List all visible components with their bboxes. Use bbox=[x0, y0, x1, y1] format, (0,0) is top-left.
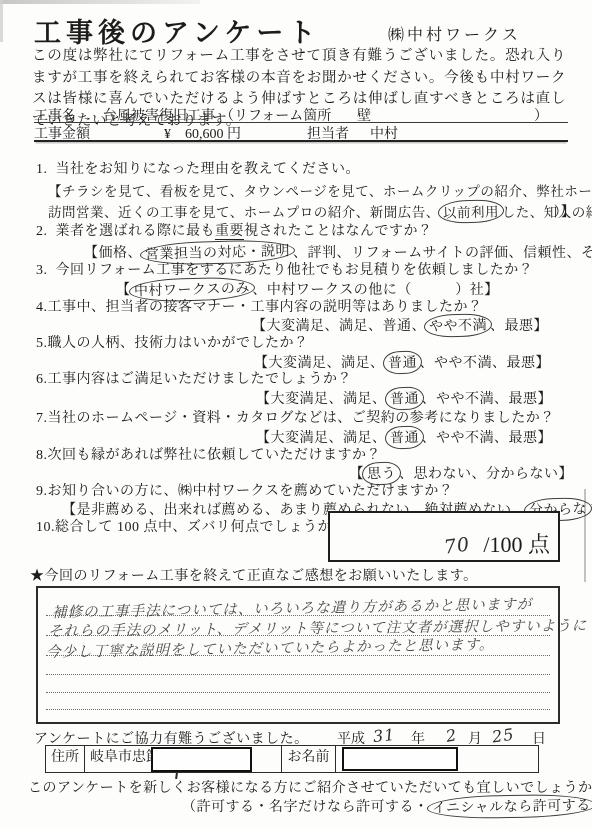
question-1-options-line1: 【チラシを見て、看板を見て、タウンページを見て、ホームクリップの紹介、弊社ホーム… bbox=[48, 180, 592, 200]
feedback-prompt: ★今回のリフォーム工事を終えて正直なご感想をお願いいたします。 bbox=[30, 565, 478, 585]
day-handwritten: 25 bbox=[491, 725, 516, 747]
company-name: ㈱中村ワークス bbox=[388, 22, 521, 45]
address-value: 岐阜市忠節 bbox=[90, 750, 160, 765]
month-handwritten: 2 bbox=[444, 725, 458, 746]
question-3-number: 3. bbox=[36, 263, 48, 278]
question-1: 1. 当社をお知りになった理由を教えてください。 bbox=[36, 158, 360, 178]
question-6-text: 工事内容はご満足いただけましたでしょうか？ bbox=[48, 372, 353, 387]
question-5: 5.職人の人柄、技術力はいかがでしたか？ bbox=[36, 332, 309, 352]
question-10-text: 総合して 100 点中、ズバリ何点でしょうか？ bbox=[55, 520, 347, 535]
question-8: 8.次回も縁があれば弊社に依頼していただけますか？ bbox=[36, 444, 381, 464]
manager-value: 中村 bbox=[370, 123, 398, 143]
score-box: 70 /100 点 bbox=[328, 511, 560, 562]
score-denominator: /100 点 bbox=[483, 528, 550, 559]
question-3: 3. 今回リフォーム工事をするにあたり他社でもお見積りを依頼しましたか？ bbox=[36, 259, 533, 279]
reform-part-label: （リフォーム箇所 bbox=[220, 105, 331, 125]
question-7-number: 7. bbox=[36, 411, 48, 426]
project-amount-value: ¥ 60,600 円 bbox=[164, 123, 241, 143]
consent-circled-answer: イニシャルなら許可する bbox=[426, 794, 592, 820]
address-name-table: 住所 岐阜市忠節 お名前 bbox=[45, 745, 539, 773]
address-label: 住所 bbox=[51, 750, 79, 765]
name-redaction-box bbox=[342, 747, 458, 771]
question-9: 9.お知り合いの方に、㈱中村ワークスを薦めていただけますか？ bbox=[36, 480, 453, 500]
consent-options: （許可する・名字だけなら許可する・イニシャルなら許可する） bbox=[182, 795, 592, 818]
page-title: 工事後のアンケート bbox=[34, 11, 320, 50]
q5-options-post: 、やや不満、最悪】 bbox=[420, 356, 551, 371]
project-name-row: 工事名 台風被害復旧工事 （リフォーム箇所 壁 ） bbox=[34, 105, 568, 123]
name-label: お名前 bbox=[288, 750, 330, 765]
question-9-text: お知り合いの方に、㈱中村ワークスを薦めていただけますか？ bbox=[48, 484, 454, 499]
question-6-number: 6. bbox=[36, 372, 48, 387]
question-2-text-pre: 業者を選ばれる際に最も bbox=[56, 224, 216, 239]
q1-options-post: した、知人の紹介、その他（ bbox=[502, 205, 592, 220]
consent-question: このアンケートを新しくお客様になる方にご紹介させていただいても宜しいでしょうか？ bbox=[28, 777, 592, 797]
score-handwritten-value: 70 bbox=[442, 533, 471, 558]
q4-circled-answer: やや不満 bbox=[424, 313, 493, 338]
question-4-text: 工事中、担当者の接客マナー・工事内容の説明等はありましたか？ bbox=[48, 300, 483, 315]
address-value-cell: 岐阜市忠節 bbox=[90, 746, 160, 772]
year-handwritten: 31 bbox=[372, 725, 396, 746]
question-2-underlined-word: 重要 bbox=[215, 224, 244, 240]
question-8-number: 8. bbox=[36, 448, 48, 463]
scanned-survey-page: 工事後のアンケート ㈱中村ワークス この度は弊社にてリフォーム工事をさせて頂き有… bbox=[0, 0, 592, 829]
question-1-text: 当社をお知りになった理由を教えてください。 bbox=[56, 162, 361, 177]
reform-part-value: 壁 bbox=[357, 105, 371, 125]
scan-edge-artifact-left bbox=[0, 0, 3, 42]
q7-circled-answer: 普通 bbox=[384, 425, 424, 449]
question-7-text: 当社のホームページ・資料・カタログなどは、ご契約の参考になりましたか？ bbox=[48, 411, 555, 426]
q1-options-pre: 訪問営業、近くの工事を見て、ホームプロの紹介、新聞広告、 bbox=[48, 205, 440, 220]
q1-circled-answer: 以前利用 bbox=[437, 199, 504, 224]
q7-options-post: 、やや不満、最悪】 bbox=[422, 431, 553, 446]
question-8-text: 次回も縁があれば弊社に依頼していただけますか？ bbox=[48, 448, 382, 463]
q6-options-pre: 【大変満足、満足、 bbox=[256, 392, 387, 407]
project-name-value: 台風被害復旧工事 bbox=[103, 105, 215, 125]
address-redaction-box bbox=[151, 747, 252, 772]
reform-part-close-paren: ） bbox=[534, 105, 548, 125]
comment-ruled-line bbox=[46, 709, 550, 710]
q5-circled-answer: 普通 bbox=[382, 350, 422, 374]
question-9-number: 9. bbox=[36, 484, 48, 499]
question-3-text: 今回リフォーム工事をするにあたり他社でもお見積りを依頼しましたか？ bbox=[56, 263, 534, 278]
consent-options-pre: （許可する・名字だけなら許可する・ bbox=[182, 800, 429, 815]
manager-label: 担当者 bbox=[307, 123, 349, 143]
question-2: 2. 業者を選ばれる際に最も重要視されたことはなんですか？ bbox=[36, 220, 433, 240]
q4-options-post: 、最悪】 bbox=[490, 319, 548, 334]
comment-ruled-line bbox=[46, 674, 550, 675]
project-amount-row: 工事金額 ¥ 60,600 円 担当者 中村 bbox=[34, 123, 568, 142]
question-5-text: 職人の人柄、技術力はいかがでしたか？ bbox=[48, 336, 309, 351]
question-10-number: 10. bbox=[36, 520, 55, 535]
question-7: 7.当社のホームページ・資料・カタログなどは、ご契約の参考になりましたか？ bbox=[36, 407, 555, 427]
address-label-cell: 住所 bbox=[46, 746, 85, 772]
name-label-cell: お名前 bbox=[281, 746, 336, 772]
feedback-comment-box: 補修の工事手法については、いろいろな遣り方があるかと思いますが それらの手法のメ… bbox=[36, 586, 560, 724]
question-4: 4.工事中、担当者の接客マナー・工事内容の説明等はありましたか？ bbox=[36, 296, 483, 316]
question-2-number: 2. bbox=[36, 224, 48, 239]
question-6: 6.工事内容はご満足いただけましたでしょうか？ bbox=[36, 368, 352, 388]
scan-edge-artifact-top bbox=[0, 0, 200, 4]
comment-ruled-line bbox=[46, 692, 550, 693]
question-1-number: 1. bbox=[36, 162, 48, 177]
question-5-number: 5. bbox=[36, 336, 48, 351]
date-line: 平成 31 年 2 月 25 日 bbox=[337, 728, 567, 746]
question-4-number: 4. bbox=[36, 300, 48, 315]
q1-options-end-paren: ）】 bbox=[554, 200, 575, 220]
question-2-text-post: 視されたことはなんですか？ bbox=[244, 224, 433, 239]
project-name-label: 工事名 bbox=[34, 105, 76, 125]
q6-options-post: 、やや不満、最悪】 bbox=[422, 392, 553, 407]
question-10: 10.総合して 100 点中、ズバリ何点でしょうか？ bbox=[36, 516, 347, 536]
project-amount-label: 工事金額 bbox=[34, 123, 90, 143]
